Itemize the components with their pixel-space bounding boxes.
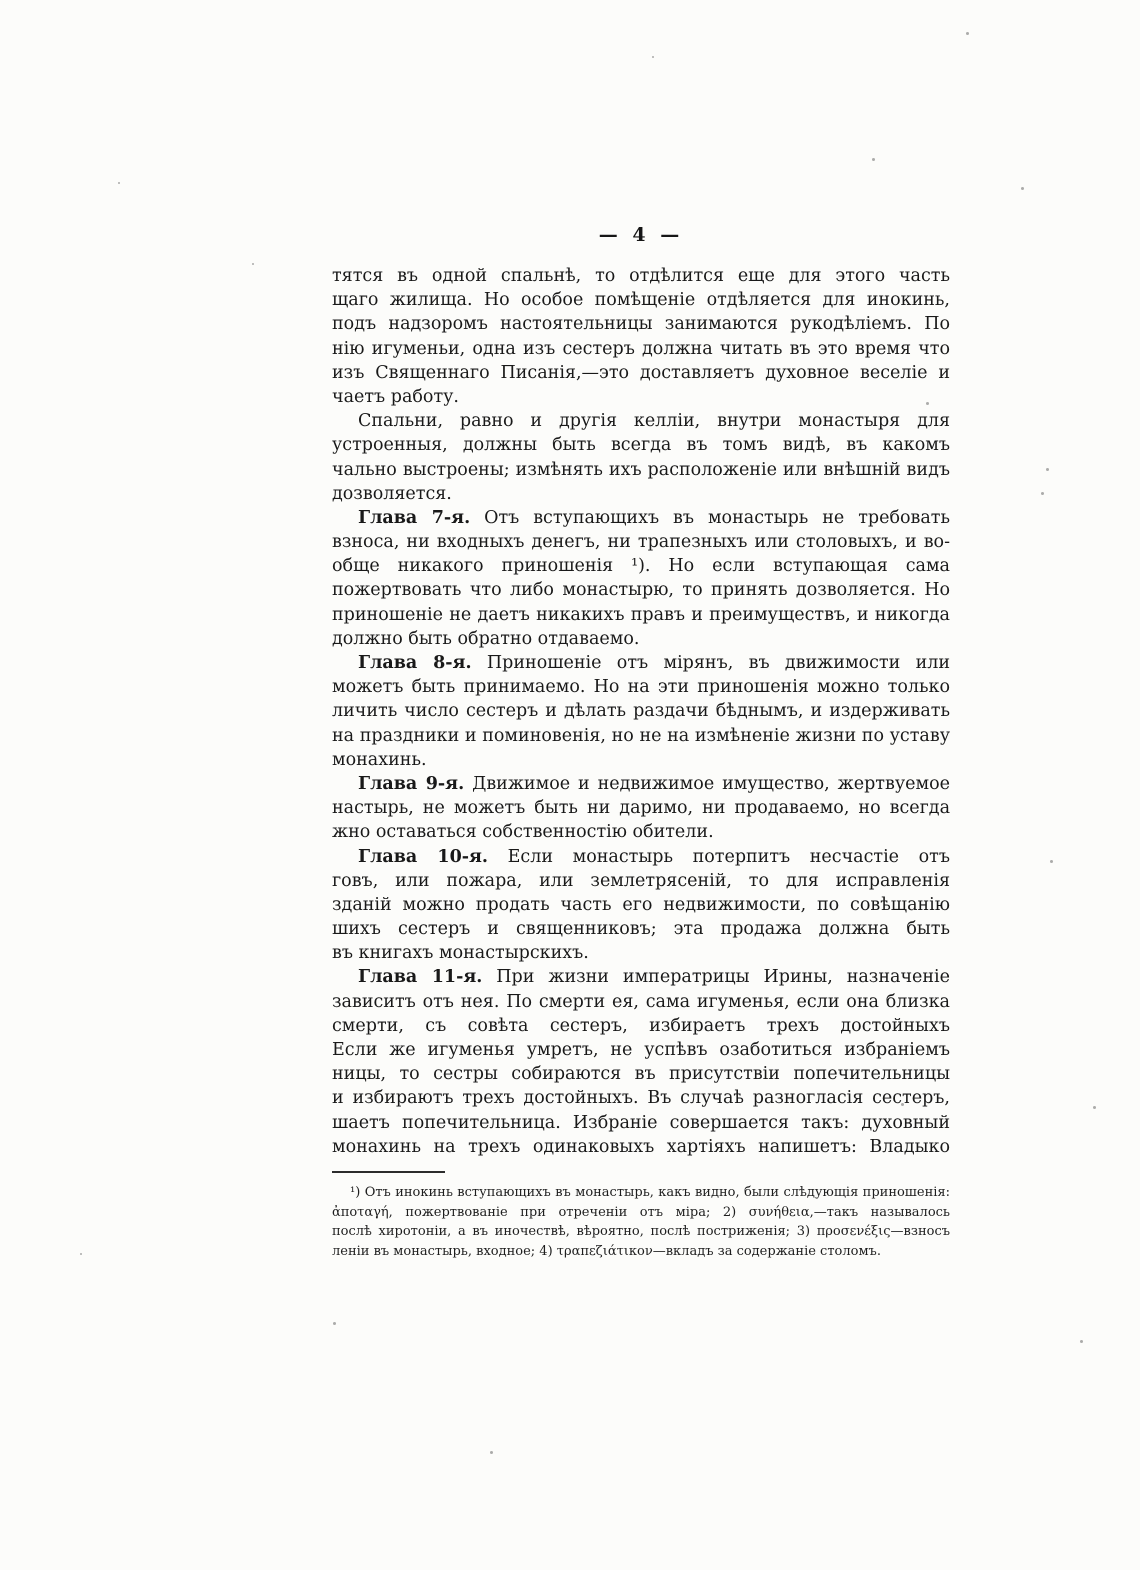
paragraph-lead: Глава 10-я. [358,847,488,867]
scan-speck [490,1451,493,1454]
text-line: ницы, то сестры собираются въ присутстві… [332,1062,950,1086]
text-line: монахинь на трехъ одинаковыхъ хартіяхъ н… [332,1135,950,1159]
scan-speck [333,1322,336,1325]
text-line: устроенныя, должны быть всегда въ томъ в… [332,433,950,457]
text-line: жно оставаться собственностію обители. [332,820,950,844]
text-line: зданій можно продать часть его недвижимо… [332,893,950,917]
text-line: чаетъ работу. [332,385,950,409]
paragraph-lead: Глава 11-я. [358,967,482,987]
text-line: послѣ хиротоніи, а въ иночествѣ, вѣроятн… [332,1222,950,1242]
text-line: настырь, не можетъ быть ни даримо, ни пр… [332,796,950,820]
text-line: личить число сестеръ и дѣлать раздачи бѣ… [332,699,950,723]
text-line: Если же игуменья умретъ, не успѣвъ озабо… [332,1038,950,1062]
paragraph-lead: ¹) [350,1185,360,1200]
text-line: ¹) Отъ инокинь вступающихъ въ монастырь,… [332,1183,950,1203]
scan-speck [1046,468,1049,471]
scan-speck [80,1253,82,1255]
text-line: Глава 7-я. Отъ вступающихъ въ монастырь … [332,506,950,530]
text-line: ἀποταγή, пожертвованіе при отреченіи отъ… [332,1203,950,1223]
text-line: чально выстроены; измѣнять ихъ расположе… [332,458,950,482]
text-line: Глава 10-я. Если монастырь потерпитъ нес… [332,845,950,869]
paragraph-lead: Глава 7-я. [358,508,470,528]
text-line: монахинь. [332,748,950,772]
text-line: можетъ быть принимаемо. Но на эти принош… [332,675,950,699]
text-line: въ книгахъ монастырскихъ. [332,941,950,965]
text-line: пожертвовать что либо монастырю, то прин… [332,578,950,602]
scan-speck [652,56,654,58]
scan-speck [872,158,875,161]
text-line: леніи въ монастырь, входное; 4) τραπεζιά… [332,1242,950,1262]
scan-speck [1080,1340,1083,1343]
paragraph-lead: Глава 8-я. [358,653,472,673]
text-line: Спальни, равно и другія келліи, внутри м… [332,409,950,433]
footnote-separator [332,1171,445,1173]
text-line: шаетъ попечительница. Избраніе совершает… [332,1111,950,1135]
scan-speck [1050,860,1053,863]
text-line: тятся въ одной спальнѣ, то отдѣлится еще… [332,264,950,288]
text-line: Глава 8-я. Приношеніе отъ мірянъ, въ дви… [332,651,950,675]
text-line: говъ, или пожара, или землетрясеній, то … [332,869,950,893]
text-line: Глава 9-я. Движимое и недвижимое имущест… [332,772,950,796]
scan-speck [1021,187,1024,190]
scan-speck [926,402,929,405]
book-page: — 4 — тятся въ одной спальнѣ, то отдѣлит… [0,0,1140,1570]
text-line: подъ надзоромъ настоятельницы занимаются… [332,312,950,336]
text-line: дозволяется. [332,482,950,506]
text-line: на праздники и поминовенія, но не на изм… [332,724,950,748]
footnote: ¹) Отъ инокинь вступающихъ въ монастырь,… [332,1183,950,1261]
text-line: и избираютъ трехъ достойныхъ. Въ случаѣ … [332,1086,950,1110]
scan-speck [1041,492,1044,495]
text-line: изъ Священнаго Писанія,—это доставляетъ … [332,361,950,385]
scan-speck [252,263,254,265]
scan-speck [1093,1106,1096,1109]
text-line: Глава 11-я. При жизни императрицы Ирины,… [332,965,950,989]
text-line: должно быть обратно отдаваемо. [332,627,950,651]
text-line: шихъ сестеръ и священниковъ; эта продажа… [332,917,950,941]
scan-speck [966,32,969,35]
main-text: тятся въ одной спальнѣ, то отдѣлится еще… [332,264,950,1159]
text-line: нію игуменьи, одна изъ сестеръ должна чи… [332,337,950,361]
scan-speck [901,1103,904,1106]
text-line: обще никакого приношенія ¹). Но если вст… [332,554,950,578]
text-line: взноса, ни входныхъ денегъ, ни трапезных… [332,530,950,554]
scan-speck [118,182,120,184]
text-line: зависитъ отъ нея. По смерти ея, сама игу… [332,990,950,1014]
text-line: смерти, съ совѣта сестеръ, избираетъ тре… [332,1014,950,1038]
page-number: — 4 — [332,224,950,246]
paragraph-lead: Глава 9-я. [358,774,464,794]
text-line: щаго жилища. Но особое помѣщеніе отдѣляе… [332,288,950,312]
text-line: приношеніе не даетъ никакихъ правъ и пре… [332,603,950,627]
